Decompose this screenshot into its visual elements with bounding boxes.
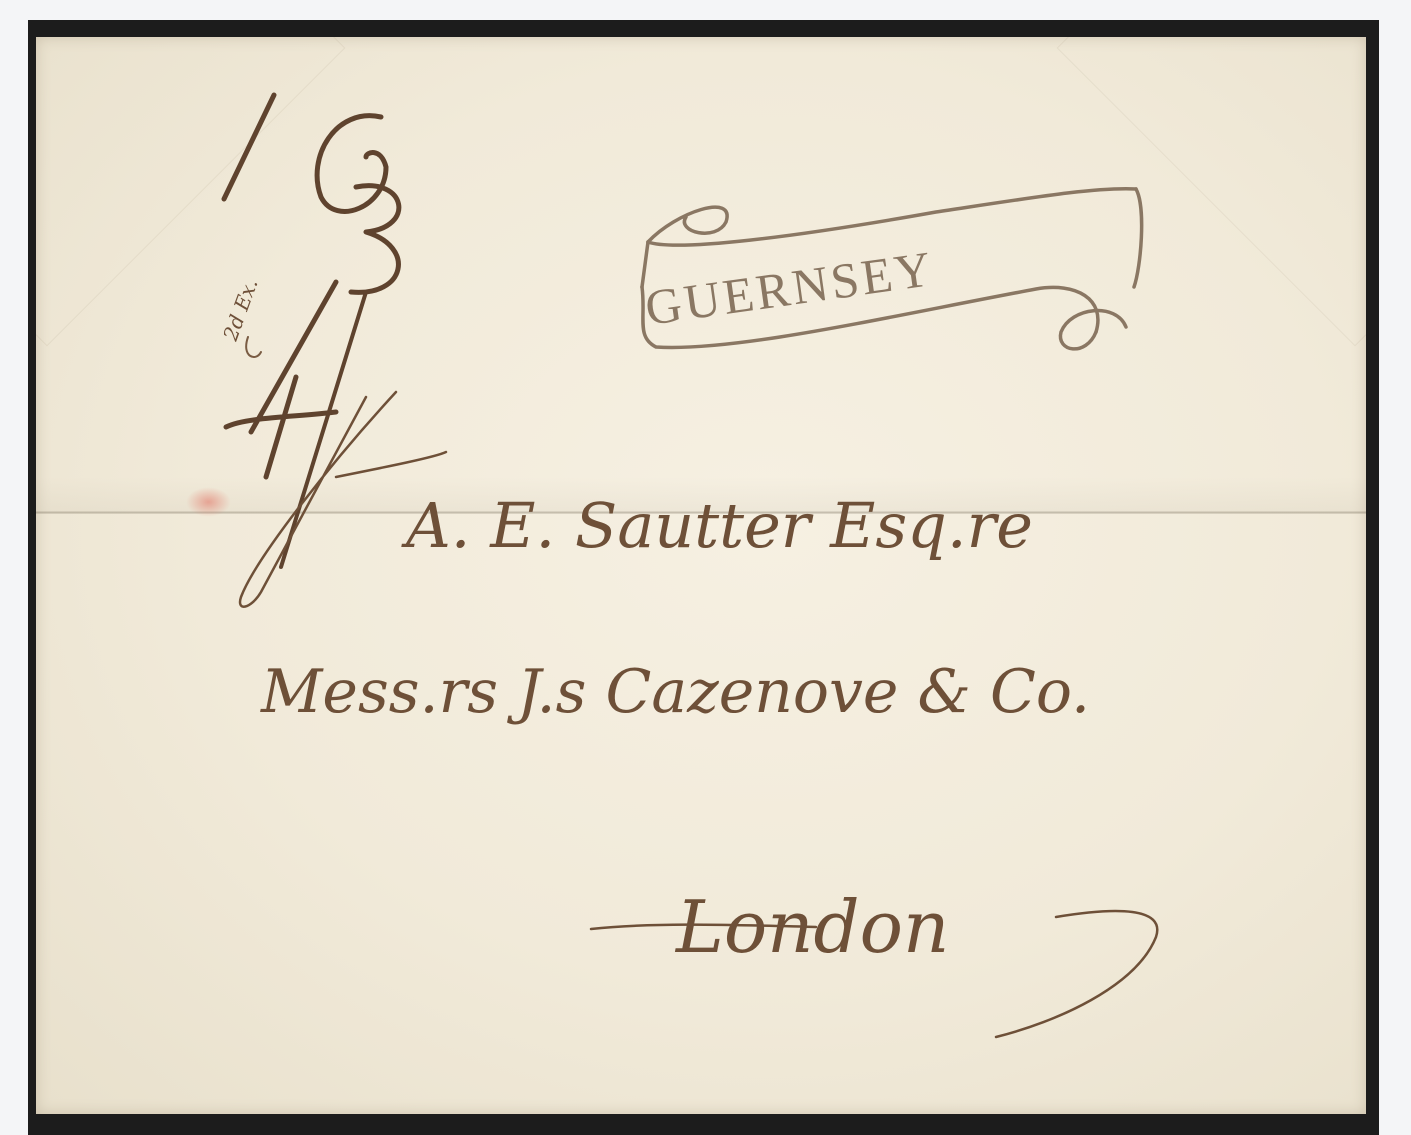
address-line-2: Mess.rs J.s Cazenove & Co.	[260, 657, 1090, 727]
handstamp-text: GUERNSEY	[642, 240, 938, 336]
letter-sheet: GUERNSEY 2d Ex. A. E. Sautter Esq.re Mes…	[36, 37, 1366, 1114]
small-note: 2d Ex.	[218, 275, 263, 344]
address-line-1: A. E. Sautter Esq.re	[401, 489, 1033, 562]
ink-markings: GUERNSEY 2d Ex. A. E. Sautter Esq.re Mes…	[36, 37, 1366, 1114]
